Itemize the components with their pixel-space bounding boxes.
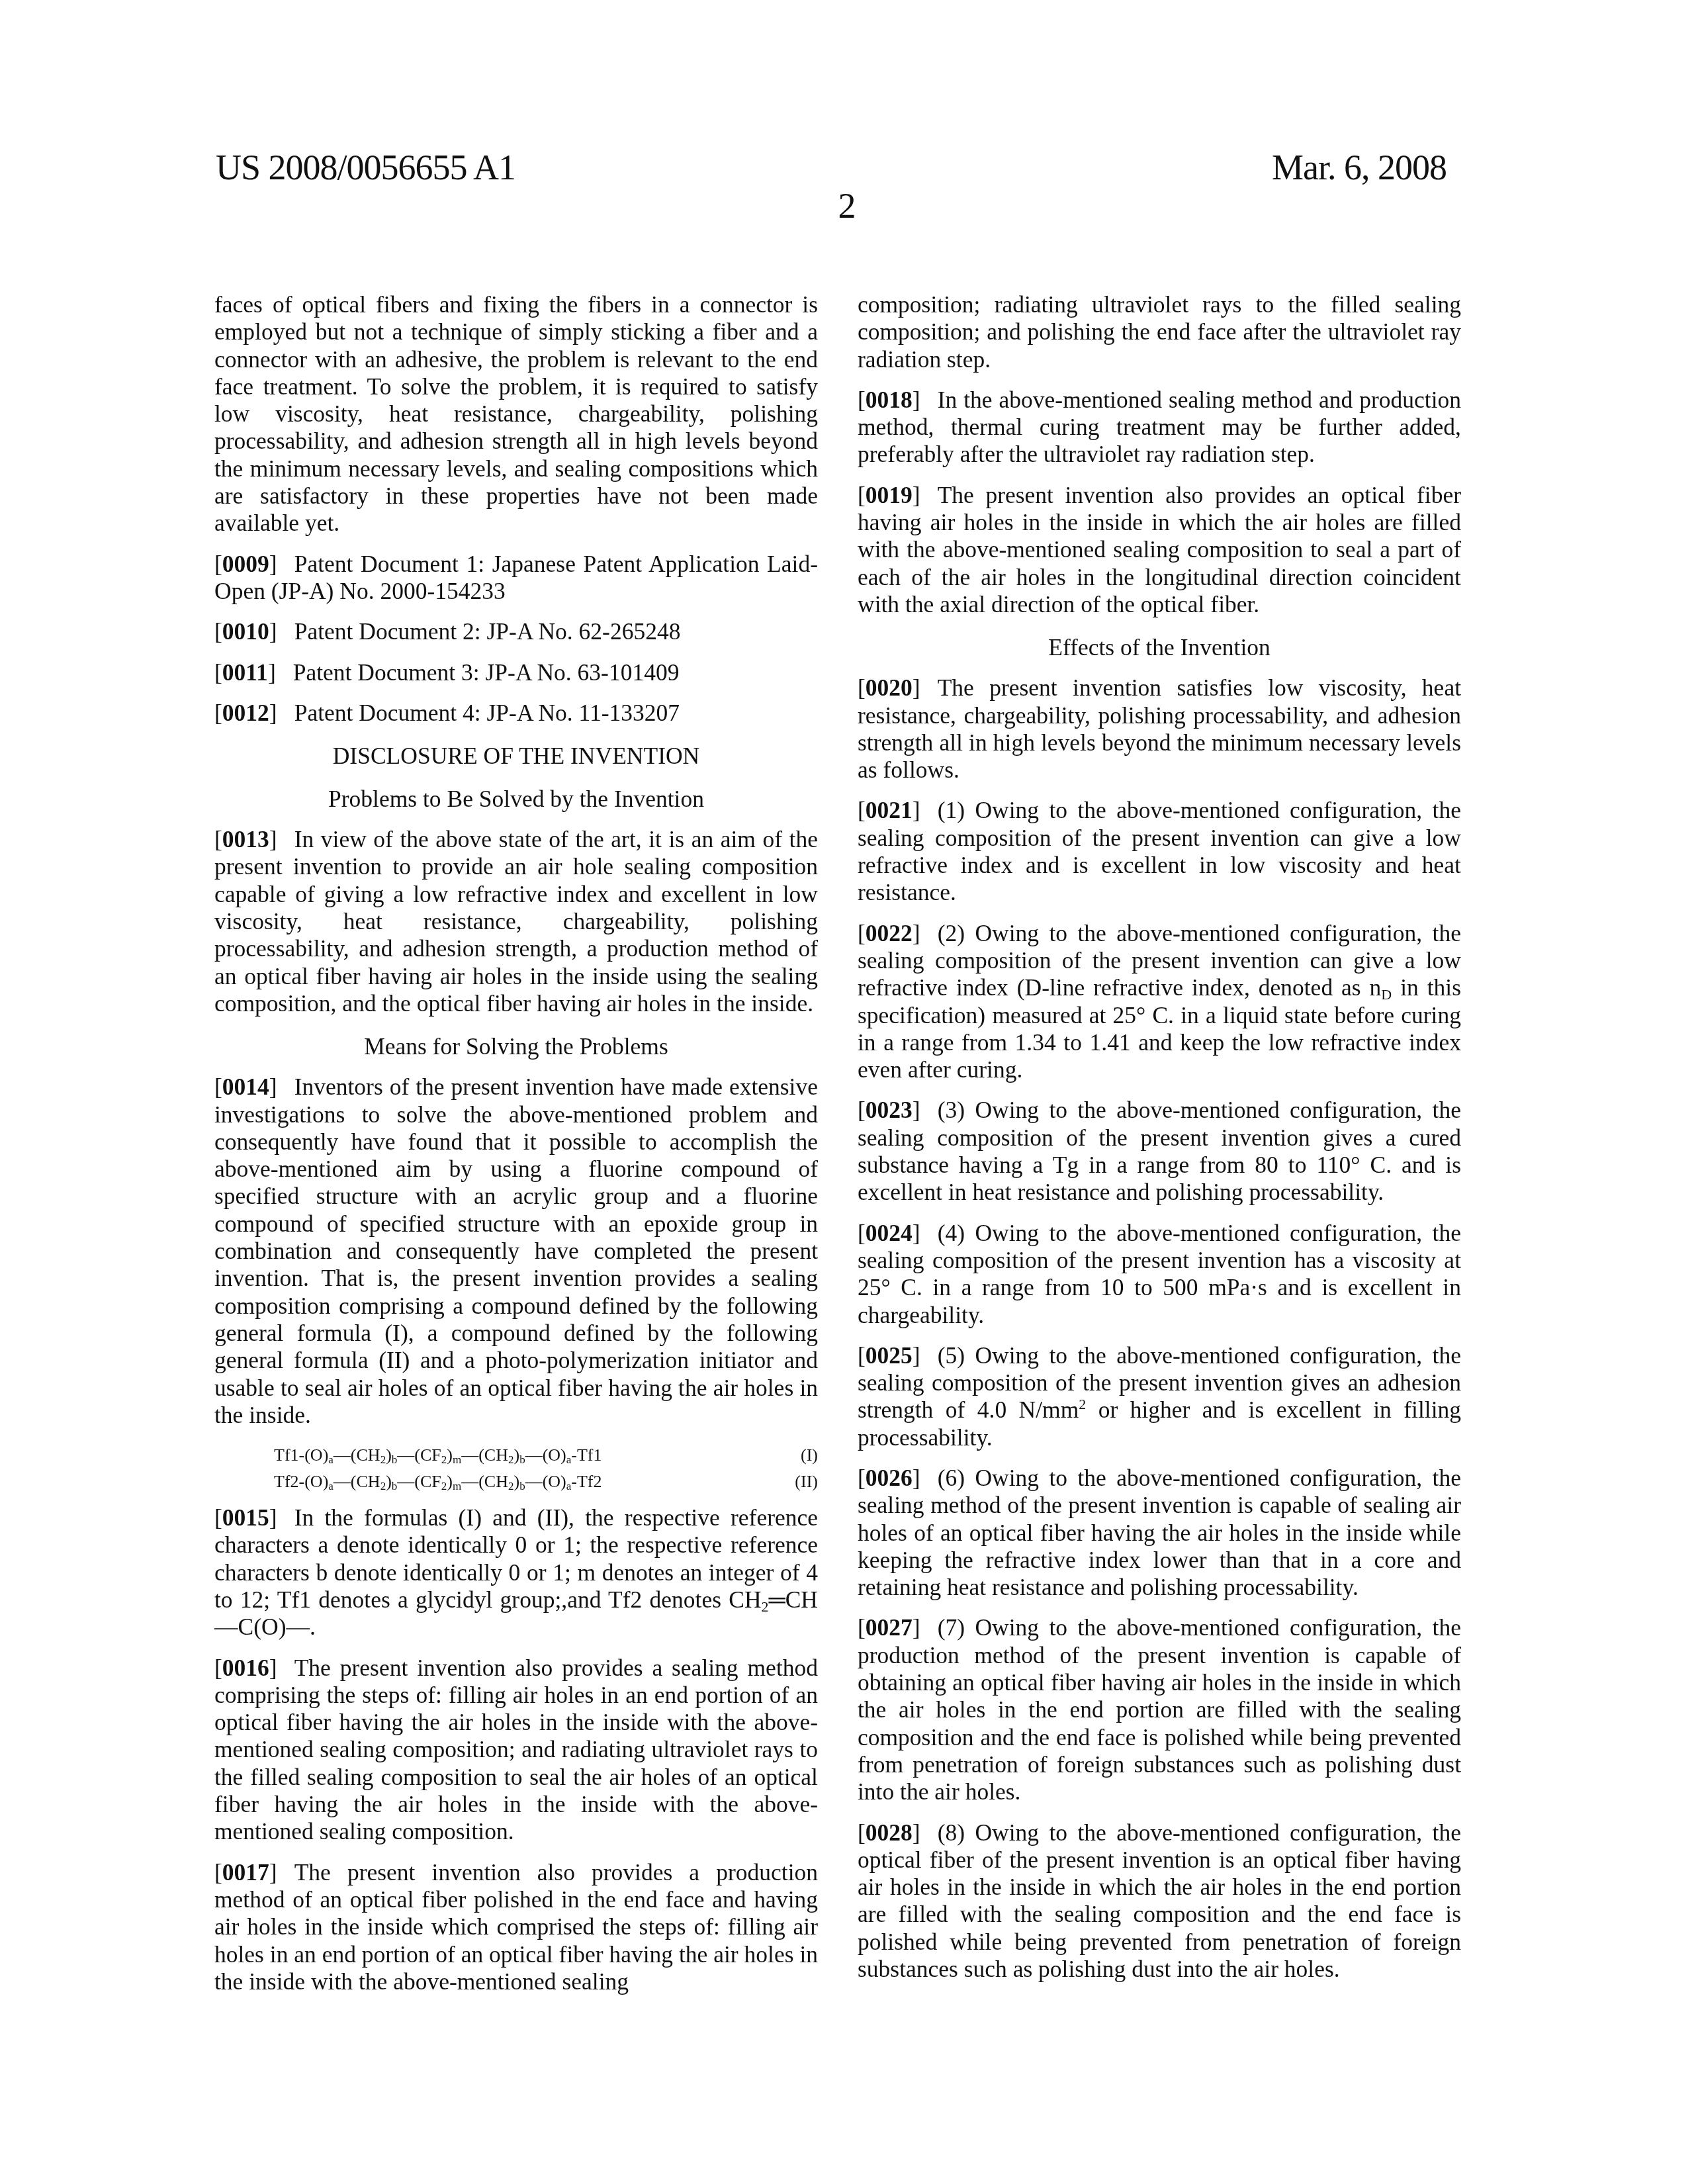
paragraph-text: The present invention also provides an o… (858, 482, 1461, 617)
paragraph-number: [0015] (214, 1504, 277, 1531)
paragraph-text: The present invention also provides a se… (214, 1655, 818, 1845)
paragraph-text: In the formulas (I) and (II), the respec… (214, 1504, 818, 1613)
paragraph-number: [0022] (858, 920, 920, 946)
paragraph-text: The present invention also provides a pr… (214, 1859, 818, 1995)
paragraph-0015: [0015]In the formulas (I) and (II), the … (214, 1504, 818, 1641)
paragraph-number: [0024] (858, 1220, 920, 1246)
paragraph-text: (2) Owing to the above-mentioned configu… (858, 920, 1461, 1001)
formula-expression: Tf2-(O)a—(CH2)b—(CF2)m—(CH2)b—(O)a-Tf2 (274, 1469, 602, 1495)
paragraph-0021: [0021](1) Owing to the above-mentioned c… (858, 797, 1461, 906)
paragraph-0010: [0010]Patent Document 2: JP-A No. 62-265… (214, 618, 818, 645)
paragraph-0026: [0026](6) Owing to the above-mentioned c… (858, 1465, 1461, 1601)
paragraph-number: [0019] (858, 482, 920, 508)
paragraph-number: [0026] (858, 1465, 920, 1491)
superscript: 2 (1079, 1396, 1086, 1412)
paragraph-text: (6) Owing to the above-mentioned configu… (858, 1465, 1461, 1600)
paragraph-0027: [0027](7) Owing to the above-mentioned c… (858, 1614, 1461, 1805)
paragraph-number: [0016] (214, 1655, 277, 1681)
paragraph-text: Patent Document 3: JP-A No. 63-101409 (293, 659, 680, 686)
paragraph-0011: [0011]Patent Document 3: JP-A No. 63-101… (214, 659, 818, 686)
paragraph-text: Patent Document 1: Japanese Patent Appli… (214, 551, 818, 604)
paragraph-text: The present invention satisfies low visc… (858, 674, 1461, 783)
paragraph-number: [0009] (214, 551, 277, 577)
paragraph-text: (4) Owing to the above-mentioned configu… (858, 1220, 1461, 1328)
paragraph-text: (7) Owing to the above-mentioned configu… (858, 1614, 1461, 1805)
formula-ii: Tf2-(O)a—(CH2)b—(CF2)m—(CH2)b—(O)a-Tf2 (… (214, 1469, 818, 1495)
paragraph-number: [0017] (214, 1859, 277, 1886)
formula-label: (I) (801, 1442, 818, 1469)
subscript: D (1381, 986, 1392, 1003)
paragraph-text: In the above-mentioned sealing method an… (858, 387, 1461, 468)
formula-i: Tf1-(O)a—(CH2)b—(CF2)m—(CH2)b—(O)a-Tf1 (… (214, 1442, 818, 1469)
paragraph-number: [0014] (214, 1073, 277, 1100)
left-column: faces of optical fibers and fixing the f… (214, 291, 818, 2009)
paragraph-number: [0023] (858, 1097, 920, 1123)
paragraph-0018: [0018]In the above-mentioned sealing met… (858, 387, 1461, 469)
paragraph-number: [0025] (858, 1342, 920, 1369)
paragraph-number: [0027] (858, 1614, 920, 1641)
continuation-paragraph: faces of optical fibers and fixing the f… (214, 291, 818, 537)
paragraph-0020: [0020]The present invention satisfies lo… (858, 674, 1461, 784)
paragraph-number: [0010] (214, 618, 277, 645)
section-heading-problems: Problems to Be Solved by the Invention (214, 786, 818, 813)
section-heading-disclosure: DISCLOSURE OF THE INVENTION (214, 743, 818, 770)
paragraph-text: Inventors of the present invention have … (214, 1073, 818, 1428)
paragraph-0019: [0019]The present invention also provide… (858, 482, 1461, 618)
paragraph-0022: [0022](2) Owing to the above-mentioned c… (858, 920, 1461, 1084)
paragraph-number: [0028] (858, 1819, 920, 1846)
paragraph-text: (8) Owing to the above-mentioned configu… (858, 1819, 1461, 1982)
paragraph-0023: [0023](3) Owing to the above-mentioned c… (858, 1097, 1461, 1206)
paragraph-0025: [0025](5) Owing to the above-mentioned c… (858, 1342, 1461, 1451)
paragraph-number: [0018] (858, 387, 920, 413)
paragraph-number: [0013] (214, 826, 277, 852)
formula-label: (II) (795, 1469, 818, 1495)
paragraph-0012: [0012]Patent Document 4: JP-A No. 11-133… (214, 700, 818, 727)
page-number: 2 (0, 185, 1694, 226)
paragraph-0013: [0013]In view of the above state of the … (214, 826, 818, 1017)
paragraph-text: (3) Owing to the above-mentioned configu… (858, 1097, 1461, 1205)
paragraph-0009: [0009]Patent Document 1: Japanese Patent… (214, 551, 818, 606)
publication-number: US 2008/0056655 A1 (216, 147, 515, 188)
section-heading-means: Means for Solving the Problems (214, 1033, 818, 1060)
paragraph-text: Patent Document 4: JP-A No. 11-133207 (294, 700, 680, 726)
formula-expression: Tf1-(O)a—(CH2)b—(CF2)m—(CH2)b—(O)a-Tf1 (274, 1442, 602, 1469)
paragraph-number: [0011] (214, 659, 276, 686)
section-heading-effects: Effects of the Invention (858, 634, 1461, 661)
paragraph-0017: [0017]The present invention also provide… (214, 1859, 818, 1995)
paragraph-text: Patent Document 2: JP-A No. 62-265248 (294, 618, 681, 645)
chemical-formulas: Tf1-(O)a—(CH2)b—(CF2)m—(CH2)b—(O)a-Tf1 (… (214, 1442, 818, 1495)
continuation-paragraph: composition; radiating ultraviolet rays … (858, 291, 1461, 373)
publication-date: Mar. 6, 2008 (1272, 147, 1447, 188)
paragraph-number: [0020] (858, 674, 920, 701)
paragraph-text: In view of the above state of the art, i… (214, 826, 818, 1017)
paragraph-0016: [0016]The present invention also provide… (214, 1655, 818, 1846)
paragraph-0028: [0028](8) Owing to the above-mentioned c… (858, 1819, 1461, 1983)
paragraph-number: [0021] (858, 797, 920, 823)
paragraph-text: (1) Owing to the above-mentioned configu… (858, 797, 1461, 905)
right-column: composition; radiating ultraviolet rays … (858, 291, 1461, 1996)
paragraph-number: [0012] (214, 700, 277, 726)
paragraph-0014: [0014]Inventors of the present invention… (214, 1073, 818, 1429)
paragraph-0024: [0024](4) Owing to the above-mentioned c… (858, 1220, 1461, 1329)
